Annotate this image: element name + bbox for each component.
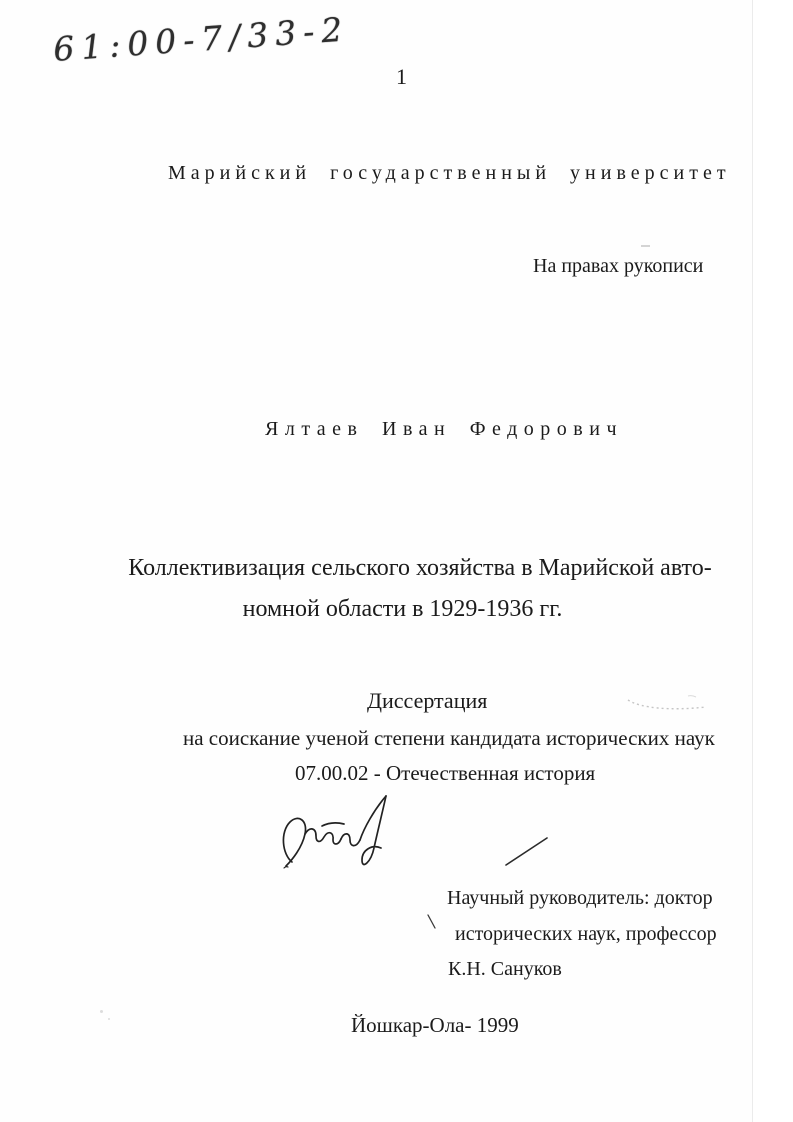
dissertation-title-line1: Коллективизация сельского хозяйства в Ма…: [60, 548, 780, 589]
city-year-imprint: Йошкар-Ола- 1999: [351, 1013, 519, 1038]
supervisor-line1: Научный руководитель: доктор: [447, 887, 713, 910]
author-name: Ялтаев Иван Федорович: [265, 418, 623, 441]
scan-speck: [108, 1018, 110, 1020]
supervisor-name: К.Н. Сануков: [448, 958, 562, 981]
manuscript-rights-note: На правах рукописи: [533, 255, 703, 278]
dissertation-title: Коллективизация сельского хозяйства в Ма…: [60, 548, 780, 630]
faint-pencil-curve: [626, 694, 710, 716]
dissertation-title-line2: номной области в 1929-1936 гг.: [60, 589, 745, 630]
supervisor-line2: исторических наук, профессор: [455, 923, 717, 946]
pen-tick-mark: [425, 913, 439, 931]
scan-speck: [100, 1010, 103, 1013]
university-name: Марийский государственный университет: [168, 162, 731, 185]
page-number: 1: [396, 64, 407, 90]
document-type-heading: Диссертация: [367, 688, 487, 714]
faint-scan-dash: [641, 245, 650, 247]
scanned-title-page: 61:00-7/33-2 1 Марийский государственный…: [0, 0, 753, 1122]
handwritten-shelfmark: 61:00-7/33-2: [52, 9, 351, 69]
specialty-code-line: 07.00.02 - Отечественная история: [295, 761, 595, 786]
degree-line: на соискание ученой степени кандидата ис…: [183, 726, 715, 751]
signature-icon: [278, 792, 423, 882]
pen-slash-mark: [503, 834, 551, 868]
